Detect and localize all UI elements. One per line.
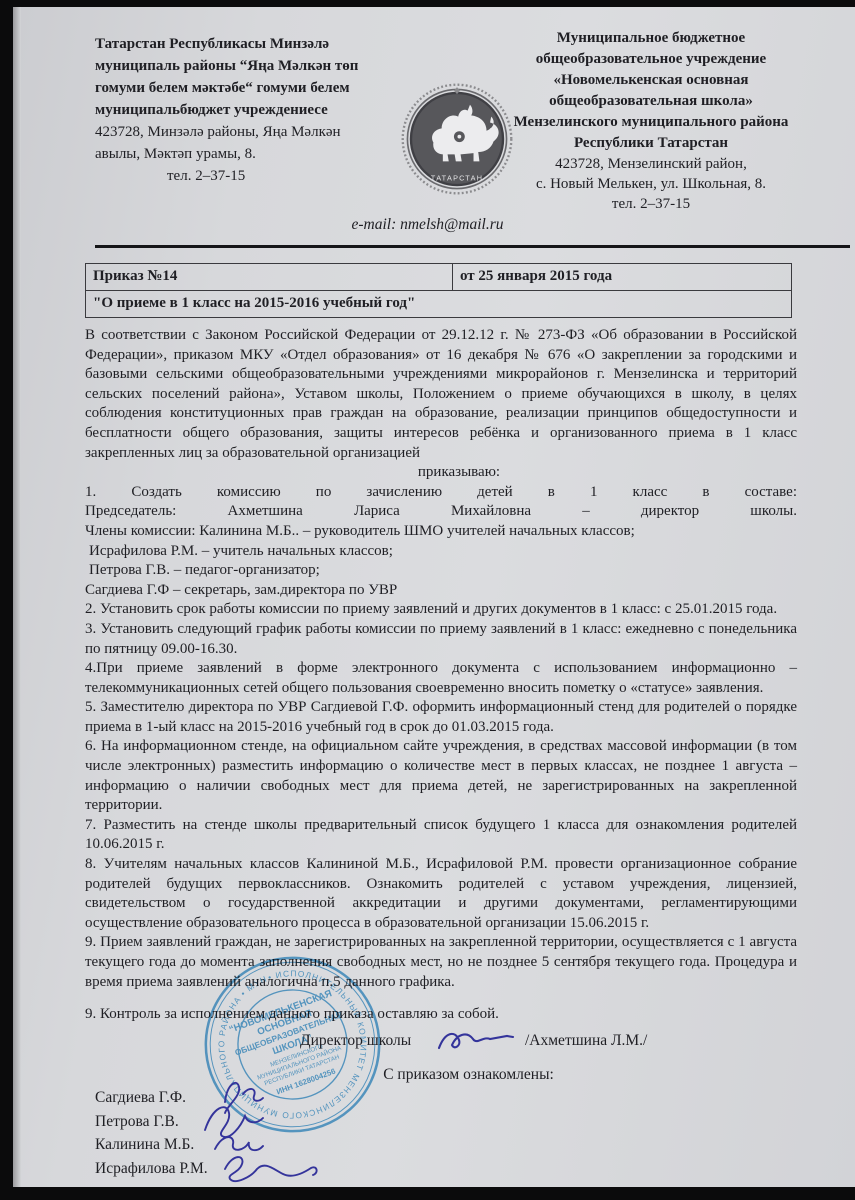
signatory-name: Исрафилова Р.М. — [95, 1160, 208, 1177]
list-item: Сагдиева Г.Ф. — [95, 1086, 208, 1110]
item-7: 7. Разместить на стенде школы предварите… — [85, 816, 797, 855]
item-5: 5. Заместителю директора по УВР Сагдиево… — [85, 698, 797, 737]
emblem-caption: ТАТАРСТАН — [431, 173, 483, 182]
header-divider — [95, 245, 850, 248]
signatory-name: Петрова Г.В. — [95, 1113, 179, 1130]
list-item: Исрафилова Р.М. — [95, 1157, 208, 1181]
item-1-line-3: Члены комиссии: Калинина М.Б.. – руковод… — [85, 522, 797, 542]
letterhead-tatar-address: 423728, Минзәлә районы, Яңа Мәлкән авылы… — [95, 121, 430, 165]
intro-paragraph: В соответствии с Законом Российской Феде… — [85, 326, 797, 463]
signature-israfilova — [219, 1147, 329, 1187]
email-line: e-mail: nmelsh@mail.ru — [0, 216, 855, 234]
item-4: 4.При приеме заявлений в форме электронн… — [85, 659, 797, 698]
item-6: 6. На информационном стенде, на официаль… — [85, 737, 797, 815]
scan-edge-left — [0, 0, 13, 1200]
order-body: В соответствии с Законом Российской Феде… — [85, 326, 797, 1025]
item-3: 3. Установить следующий график работы ко… — [85, 620, 797, 659]
item-2: 2. Установить срок работы комиссии по пр… — [85, 600, 797, 620]
signatory-name: Калинина М.Б. — [95, 1136, 194, 1153]
order-number-cell: Приказ №14 — [86, 264, 453, 291]
order-subject-cell: "О приеме в 1 класс на 2015-2016 учебный… — [86, 291, 792, 318]
scan-edge-top — [0, 0, 855, 7]
item-1-line-2: Председатель: Ахметшина Лариса Михайловн… — [85, 502, 797, 522]
item-1-line-1: 1. Создать комиссию по зачислению детей … — [85, 483, 797, 503]
acknowledgment-title: С приказом ознакомлены: — [85, 1066, 797, 1084]
resolve-word: приказываю: — [85, 463, 797, 483]
item-1-line-6: Сагдиева Г.Ф – секретарь, зам.директора … — [85, 581, 797, 601]
table-row: "О приеме в 1 класс на 2015-2016 учебный… — [86, 291, 792, 318]
director-signature-row: Директор школы /Ахметшина Л.М./ — [85, 1030, 797, 1070]
signatories-list: Сагдиева Г.Ф. Петрова Г.В. Калинина М.Б.… — [95, 1086, 208, 1180]
director-label: Директор школы — [300, 1032, 411, 1050]
letterhead-tatar-phone: тел. 2–37-15 — [95, 165, 430, 187]
scan-edge-bottom — [0, 1187, 855, 1200]
item-1-line-5: Петрова Г.В. – педагог-организатор; — [85, 561, 797, 581]
scanned-order-document: Татарстан Республикасы Минзәлә муниципал… — [0, 0, 855, 1200]
table-row: Приказ №14 от 25 января 2015 года — [86, 264, 792, 291]
paper-shadow — [13, 7, 21, 1187]
item-8: 8. Учителям начальных классов Калининой … — [85, 855, 797, 933]
order-header-table: Приказ №14 от 25 января 2015 года "О при… — [85, 263, 792, 318]
director-signature — [433, 1022, 533, 1062]
tatarstan-emblem-icon: ТАТАРСТАН — [398, 80, 516, 198]
director-name: /Ахметшина Л.М./ — [525, 1032, 647, 1050]
order-date-cell: от 25 января 2015 года — [453, 264, 792, 291]
list-item: Петрова Г.В. — [95, 1110, 208, 1134]
letterhead-tatar-name: Татарстан Республикасы Минзәлә муниципал… — [95, 33, 430, 121]
letterhead-tatar: Татарстан Республикасы Минзәлә муниципал… — [95, 33, 430, 187]
item-1-line-4: Исрафилова Р.М. – учитель начальных клас… — [85, 542, 797, 562]
signatory-name: Сагдиева Г.Ф. — [95, 1089, 186, 1106]
list-item: Калинина М.Б. — [95, 1133, 208, 1157]
